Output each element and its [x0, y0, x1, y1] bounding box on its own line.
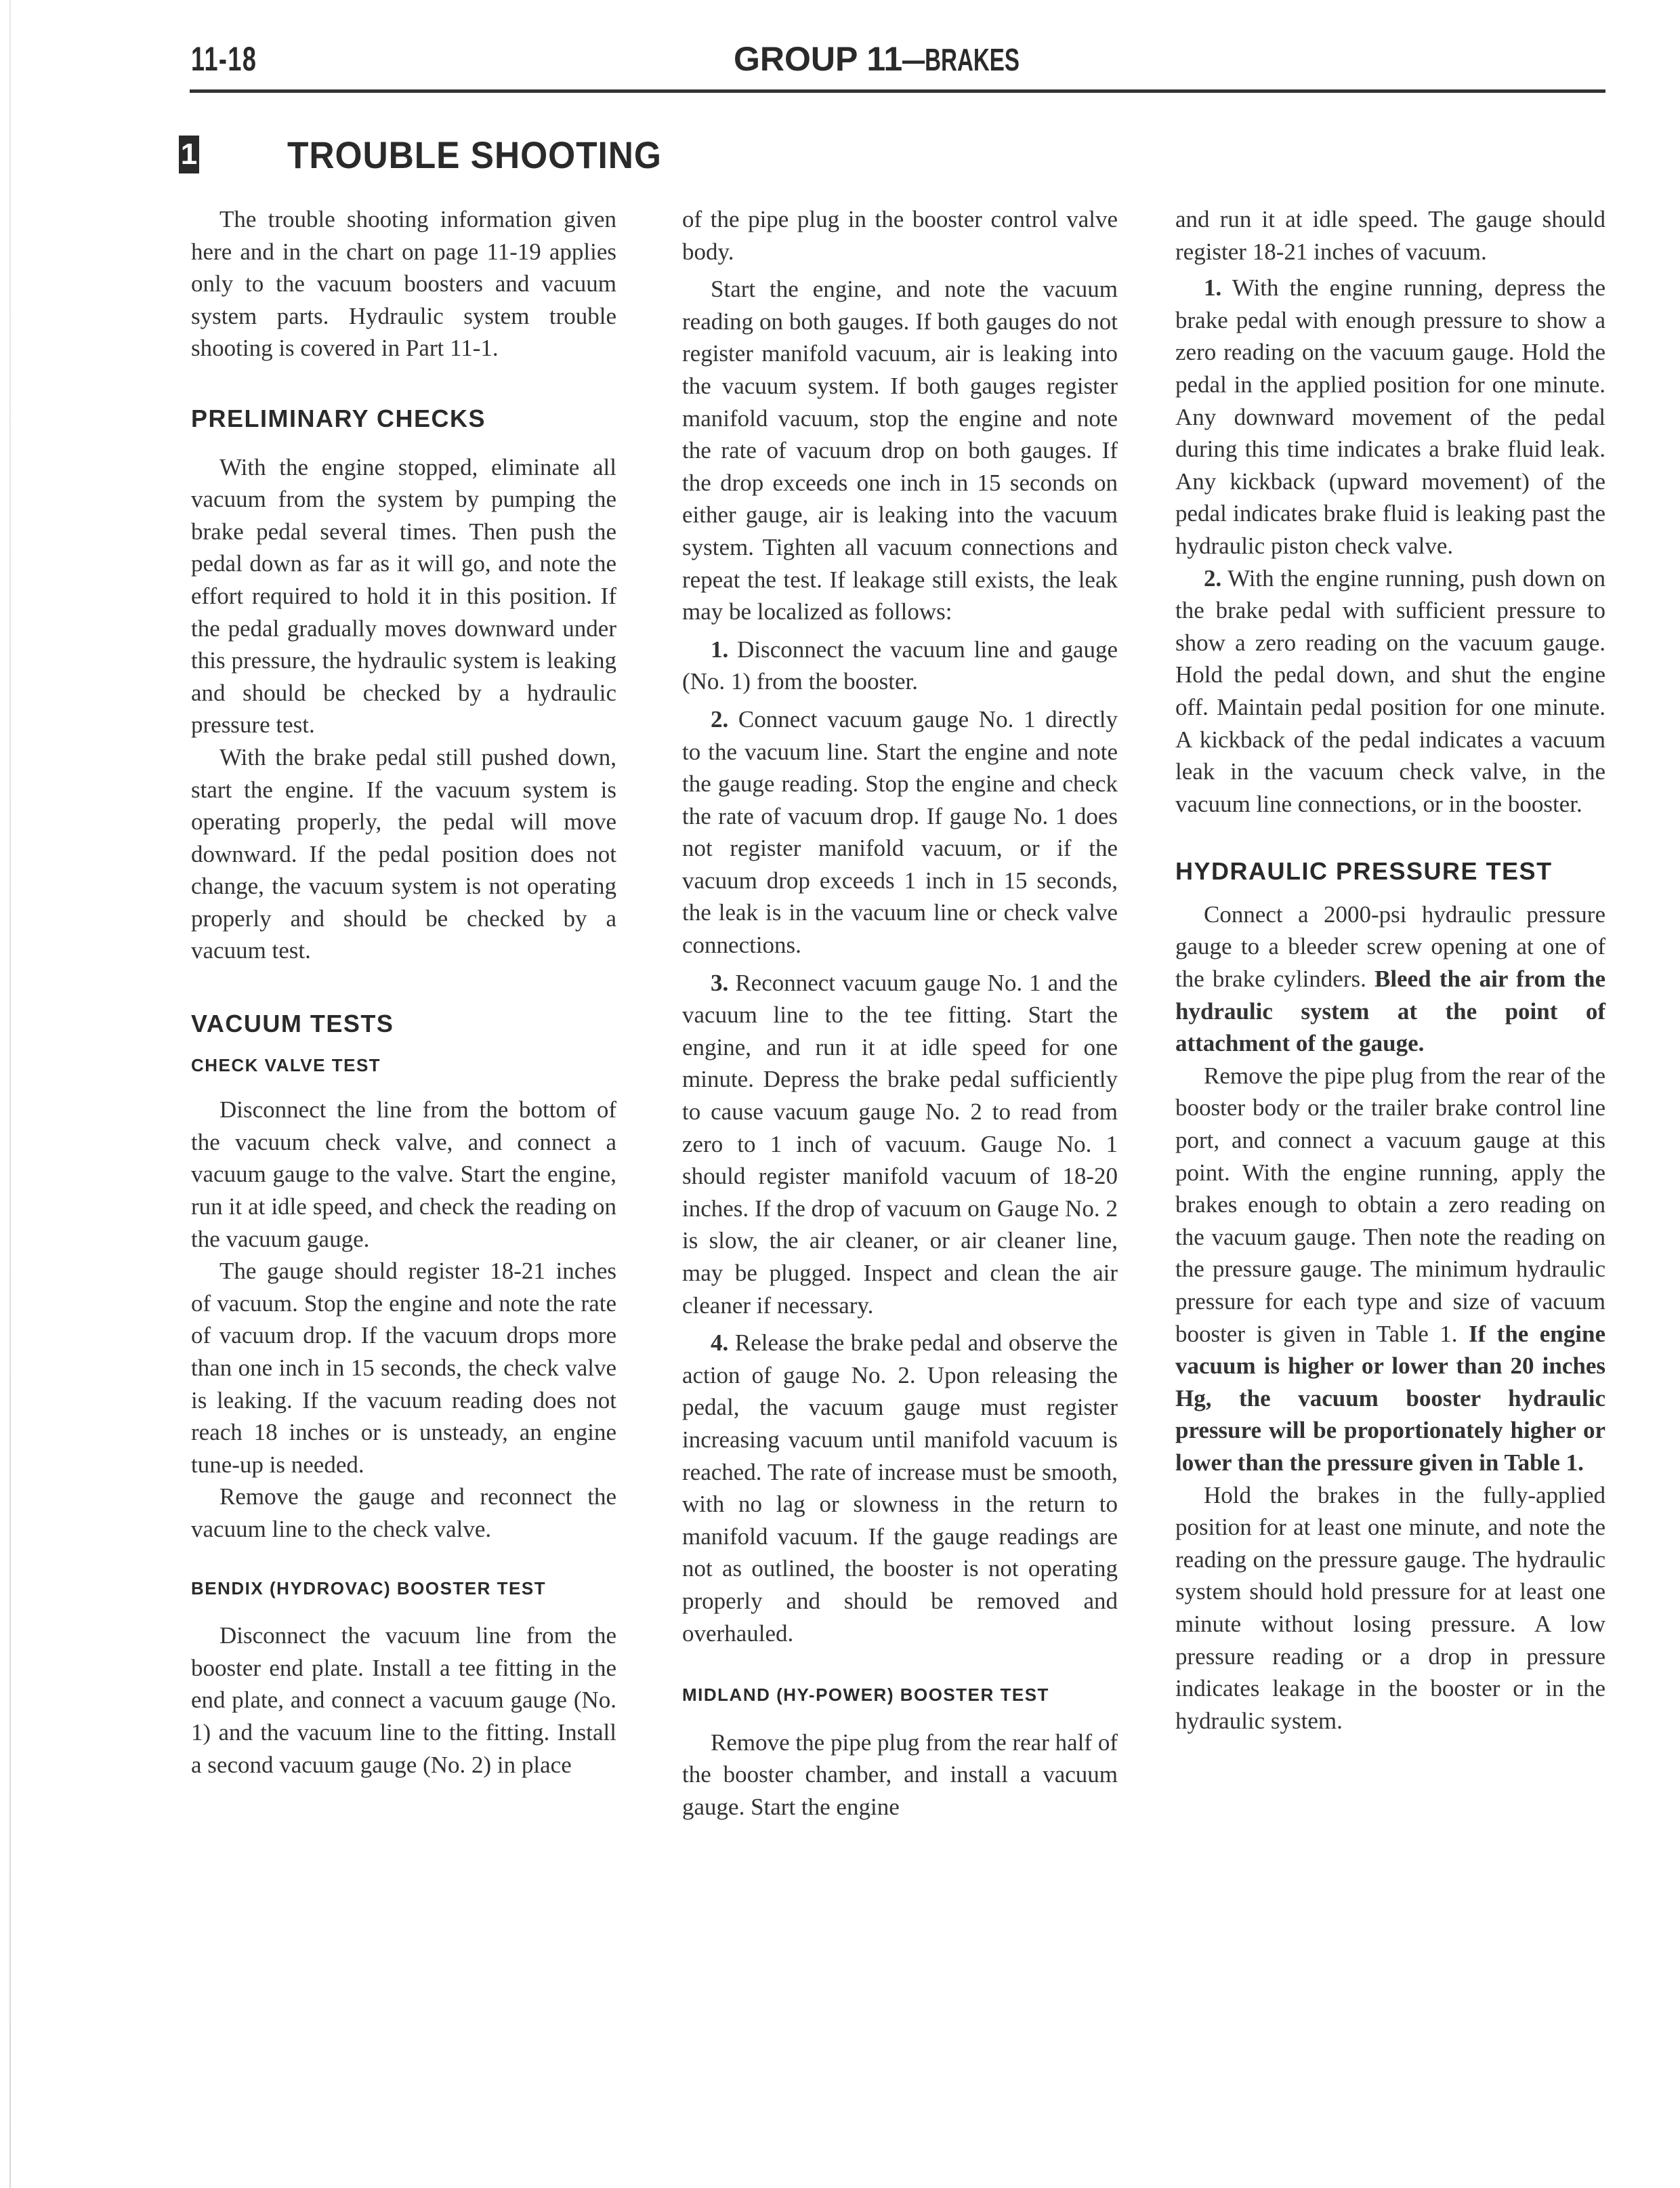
column-1: The trouble shooting information given h… — [191, 203, 616, 1781]
heading-bendix-booster-test: BENDIX (HYDROVAC) BOOSTER TEST — [191, 1573, 616, 1605]
intro-paragraph: The trouble shooting information given h… — [191, 203, 616, 365]
paragraph: With the brake pedal still pushed down, … — [191, 741, 616, 967]
step-1: 1. Disconnect the vacuum line and gauge … — [682, 634, 1118, 698]
paragraph: Disconnect the line from the bottom of t… — [191, 1094, 616, 1255]
page-edge — [0, 0, 41, 2188]
paragraph: Disconnect the vacuum line from the boos… — [191, 1619, 616, 1781]
step-4: 4. Release the brake pedal and observe t… — [682, 1327, 1118, 1649]
step-2: 2. Connect vacuum gauge No. 1 directly t… — [682, 703, 1118, 962]
page-number: 11-18 — [191, 39, 257, 79]
paragraph: and run it at idle speed. The gauge shou… — [1175, 203, 1605, 268]
paragraph: Connect a 2000-psi hydraulic pressure ga… — [1175, 899, 1605, 1060]
step-2: 2. With the engine running, push down on… — [1175, 562, 1605, 821]
step-3: 3. Reconnect vacuum gauge No. 1 and the … — [682, 967, 1118, 1322]
group-title: GROUP 11 — [734, 40, 902, 78]
paragraph: Remove the gauge and reconnect the vacuu… — [191, 1481, 616, 1545]
step-1: 1. With the engine running, depress the … — [1175, 272, 1605, 562]
paragraph: Hold the brakes in the fully-applied pos… — [1175, 1479, 1605, 1737]
heading-preliminary-checks: PRELIMINARY CHECKS — [191, 402, 616, 435]
group-subtitle: —BRAKES — [902, 41, 1020, 78]
heading-hydraulic-pressure-test: HYDRAULIC PRESSURE TEST — [1175, 855, 1605, 888]
paragraph: Remove the pipe plug from the rear of th… — [1175, 1060, 1605, 1479]
header-rule — [190, 89, 1605, 93]
paragraph: The gauge should register 18-21 inches o… — [191, 1255, 616, 1481]
heading-vacuum-tests: VACUUM TESTS — [191, 1008, 616, 1040]
column-3: and run it at idle speed. The gauge shou… — [1175, 203, 1605, 1737]
heading-check-valve-test: CHECK VALVE TEST — [191, 1050, 616, 1082]
heading-midland-booster-test: MIDLAND (HY-POWER) BOOSTER TEST — [682, 1679, 1118, 1712]
paragraph: Remove the pipe plug from the rear half … — [682, 1727, 1118, 1823]
running-header: GROUP 11—BRAKES — [734, 39, 1065, 79]
column-2: of the pipe plug in the booster control … — [682, 203, 1118, 1823]
section-title: TROUBLE SHOOTING — [287, 133, 662, 177]
paragraph: of the pipe plug in the booster control … — [682, 203, 1118, 268]
paragraph: Start the engine, and note the vacuum re… — [682, 273, 1118, 628]
paragraph: With the engine stopped, eliminate all v… — [191, 451, 616, 741]
section-number-badge: 1 — [179, 136, 199, 173]
